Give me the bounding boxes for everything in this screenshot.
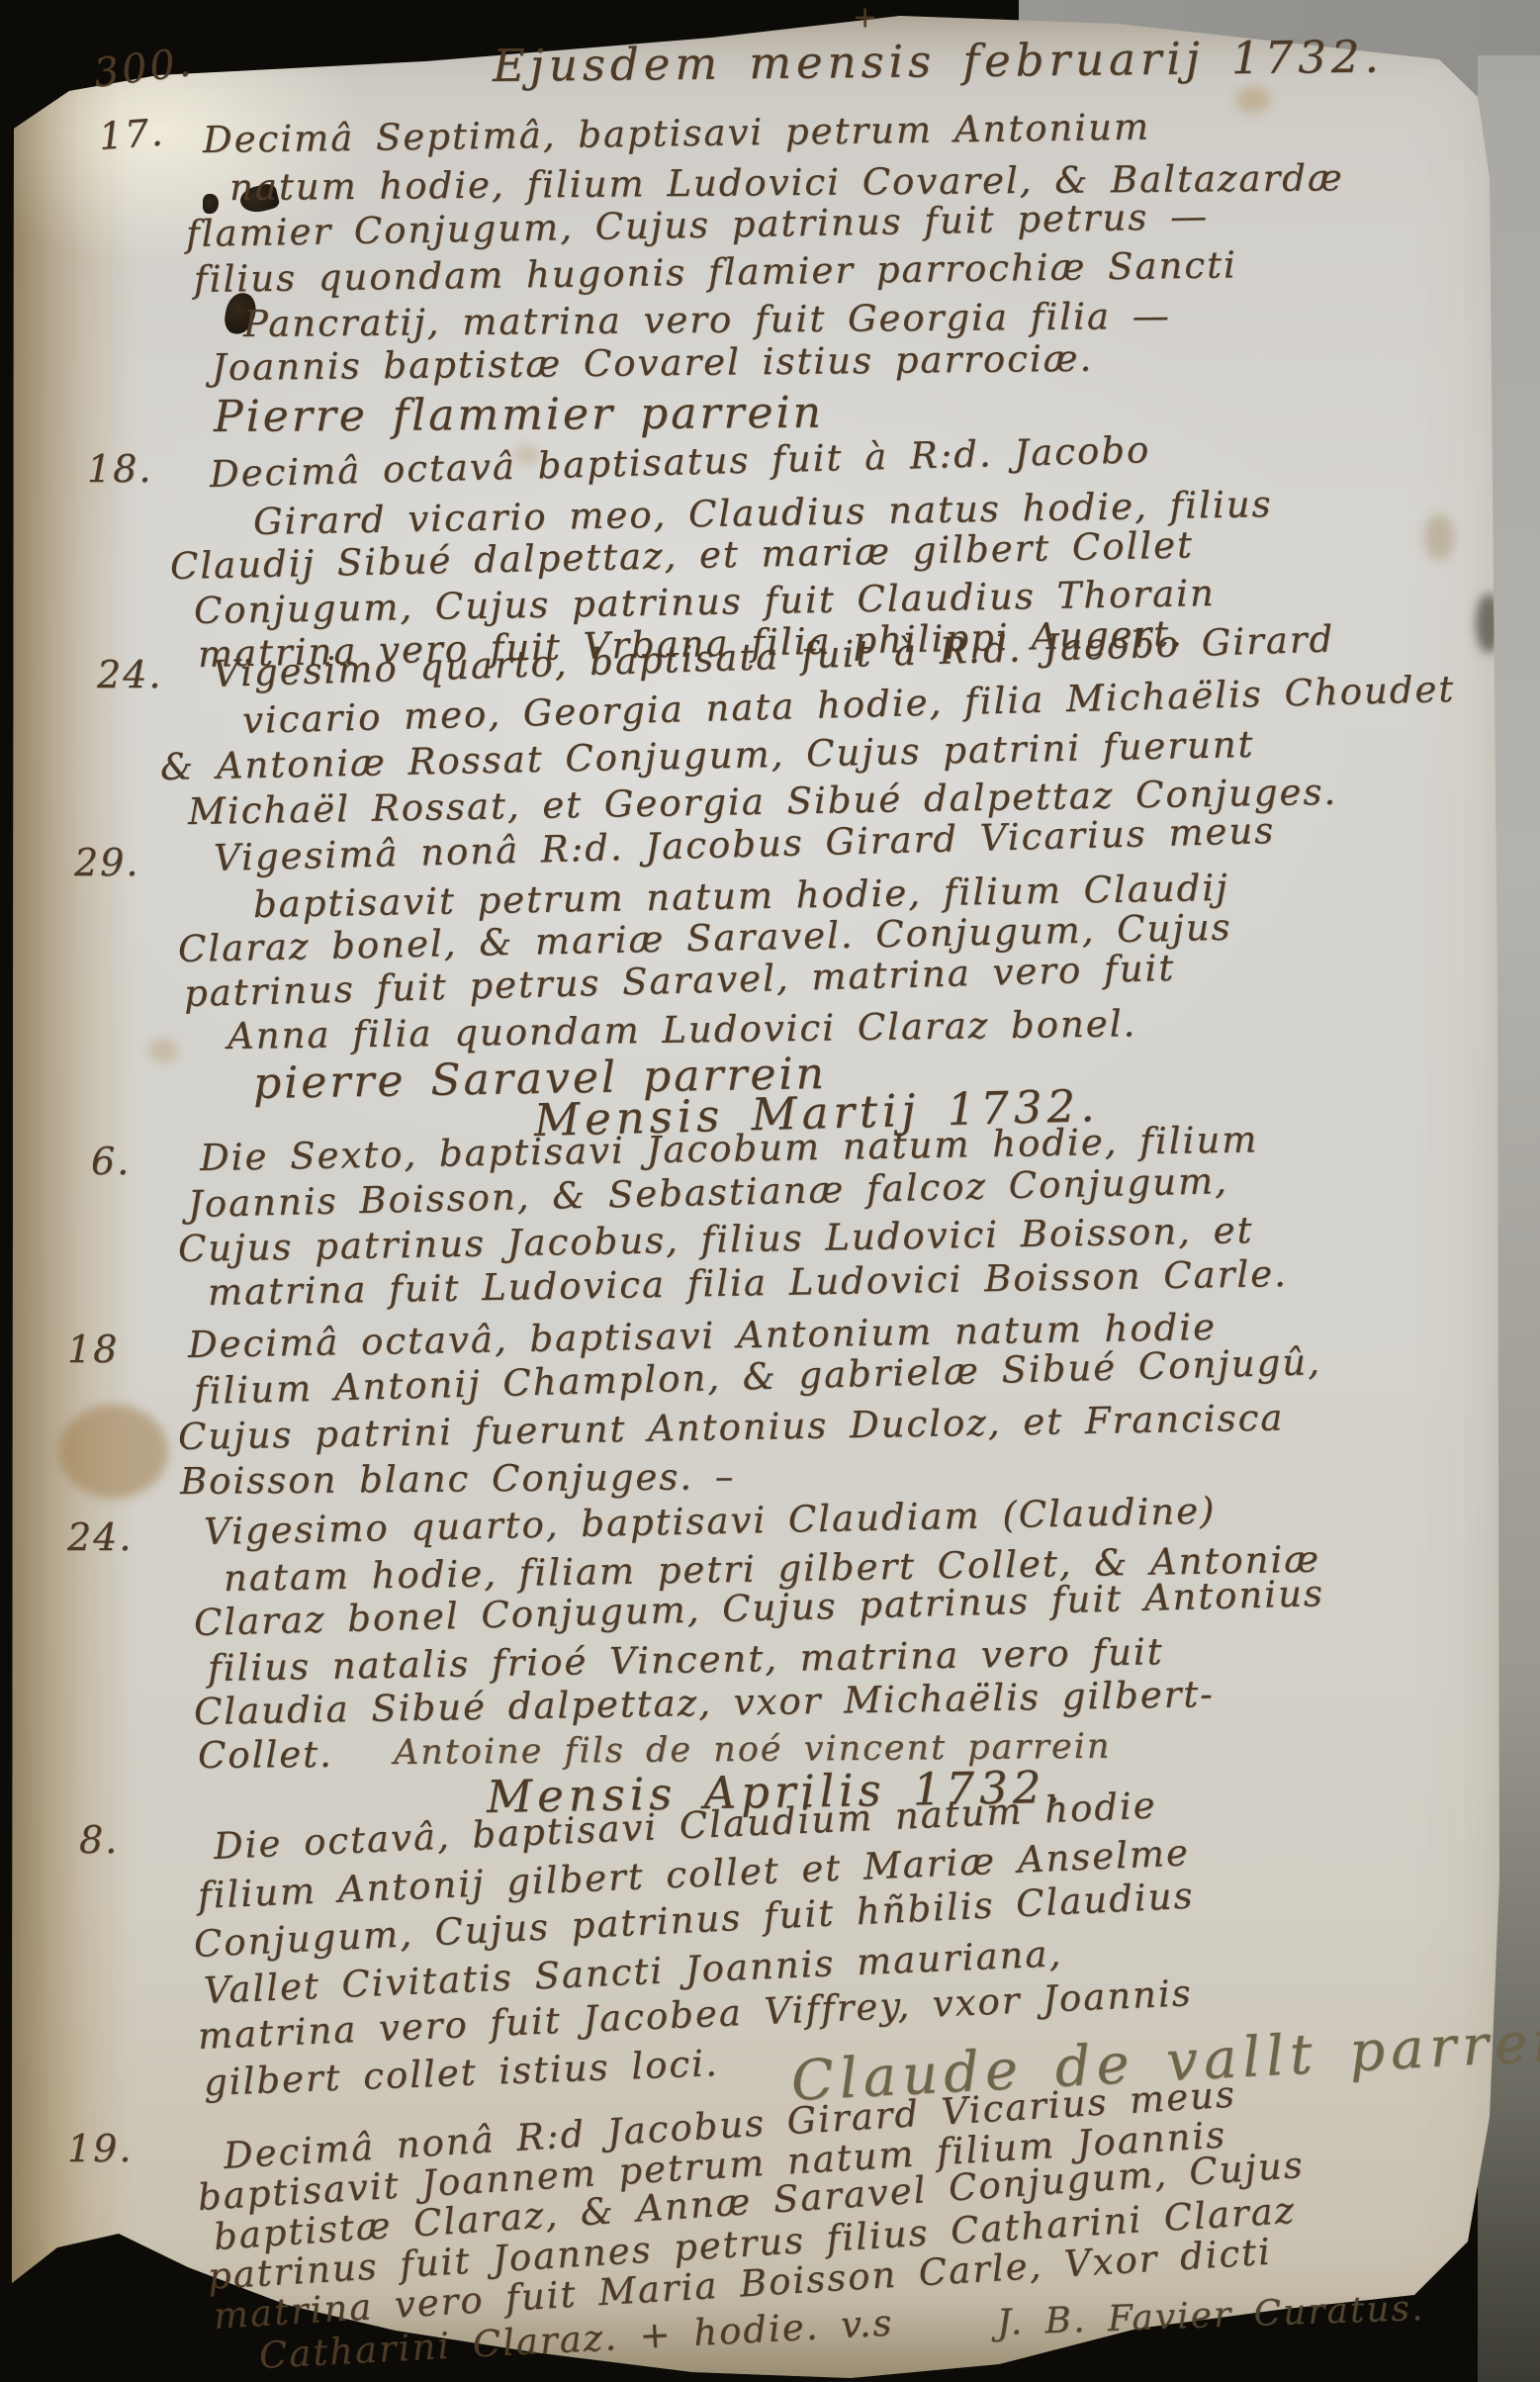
entry-day-number: 29. xyxy=(74,841,139,884)
ink-stain xyxy=(59,1405,168,1499)
entry-day-number: 19. xyxy=(67,2127,133,2170)
entry-day-number: 24. xyxy=(67,1515,133,1559)
entry-day-number: 18 xyxy=(67,1328,119,1371)
foxing-spot xyxy=(326,22,368,51)
cross-mark: + xyxy=(853,0,879,35)
foxing-spot xyxy=(148,1039,178,1062)
godparent-signature: Pierre flammier parrein xyxy=(214,388,824,442)
manuscript-scan: 300. + Ejusdem mensis februarij 1732. 17… xyxy=(0,0,1540,2382)
ink-blot xyxy=(203,194,219,214)
entry-day-number: 8. xyxy=(79,1818,119,1862)
entry-day-number: 18. xyxy=(87,447,152,491)
register-line: Boisson blanc Conjuges. – xyxy=(180,1455,736,1503)
entry-day-number: 6. xyxy=(91,1140,131,1183)
foxing-spot xyxy=(1424,514,1454,560)
entry-day-number: 17. xyxy=(97,110,165,158)
foxing-spot xyxy=(1236,87,1270,113)
page-title: Ejusdem mensis februarij 1732. xyxy=(493,31,1384,92)
entry-day-number: 24. xyxy=(97,653,162,696)
register-line: Collet. xyxy=(198,1733,333,1777)
